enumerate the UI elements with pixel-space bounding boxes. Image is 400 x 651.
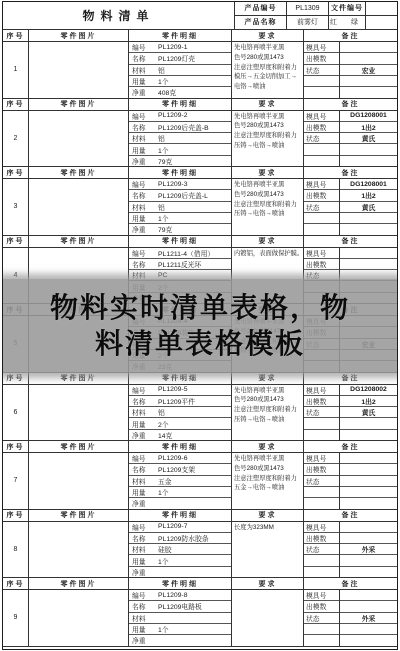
product-no-value: PL1309 — [287, 2, 329, 16]
seq-cell: 9 — [3, 590, 29, 646]
weight-label: 净重 — [129, 498, 156, 508]
req-header: 要求 — [232, 30, 304, 41]
mold-info-labels: 模具号 出模数 状态 — [304, 522, 340, 578]
block-header-row: 序号 零件图片 零件明细 要求 备注 — [3, 30, 397, 42]
weight-cell — [156, 635, 231, 645]
part-code-cell: PL1209-1 — [156, 42, 231, 52]
material-cell: 铝 — [156, 202, 231, 212]
req-header: 要求 — [232, 441, 304, 452]
material-label: 材料 — [129, 613, 156, 623]
mold-info-labels: 模具号 出模数 状态 — [304, 42, 340, 98]
block-body-row: 1 编号 PL1209-1 名称 PL1209灯壳 材料 铝 用量 1个 — [3, 42, 397, 99]
detail-column: 编号 PL1209-3 名称 PL1209后壳盖-L 材料 铝 用量 1个 净重 — [129, 179, 232, 235]
detail-header: 零件明细 — [129, 578, 232, 589]
mold-no-label: 模具号 — [304, 385, 339, 396]
info-blank-cell — [366, 16, 397, 30]
req-header: 要求 — [232, 167, 304, 178]
mold-no-label: 模具号 — [304, 522, 339, 533]
weight-cell — [156, 498, 231, 508]
cavity-value: 1出2 — [340, 122, 397, 133]
detail-header: 零件明细 — [129, 99, 232, 110]
seq-header: 序号 — [3, 99, 29, 110]
requirements-cell: 先电铬再喷半亚黑色号280或黑1473注意注塑厚度和附着力五金→电铬→喷油 — [232, 453, 304, 509]
seq-header: 序号 — [3, 510, 29, 521]
weight-cell: 408克 — [156, 87, 231, 97]
name-label: 名称 — [129, 464, 156, 474]
mold-no-label: 模具号 — [304, 42, 339, 53]
name-label: 名称 — [129, 122, 156, 132]
part-name-cell: PL1209灯壳 — [156, 53, 231, 63]
note-header: 备注 — [304, 578, 397, 589]
name-label: 名称 — [129, 259, 156, 269]
block-header-row: 序号 零件图片 零件明细 要求 备注 — [3, 578, 397, 590]
seq-cell: 6 — [3, 385, 29, 441]
req-header: 要求 — [232, 510, 304, 521]
part-name-cell: PL1209防水胶条 — [156, 533, 231, 543]
part-code-cell: PL1209-6 — [156, 453, 231, 463]
part-code-cell: PL1209-5 — [156, 385, 231, 395]
detail-column: 编号 PL1209-7 名称 PL1209防水胶条 材料 硅胶 用量 1个 净重 — [129, 522, 232, 578]
material-label: 材料 — [129, 544, 156, 554]
material-label: 材料 — [129, 65, 156, 75]
name-label: 名称 — [129, 53, 156, 63]
block-header-row: 序号 零件图片 零件明细 要求 备注 — [3, 441, 397, 453]
cavity-label: 出模数 — [304, 533, 339, 544]
note-column: DG1208002 1出2 黄氏 — [340, 385, 397, 441]
status-value — [340, 476, 397, 487]
mold-no-label: 模具号 — [304, 248, 339, 259]
status-value: 黄氏 — [340, 133, 397, 144]
name-label: 名称 — [129, 190, 156, 200]
req-header: 要求 — [232, 236, 304, 247]
name-label: 名称 — [129, 533, 156, 543]
part-name-cell: PL1209支架 — [156, 464, 231, 474]
part-block: 序号 零件图片 零件明细 要求 备注 3 编号 PL1209-3 名称 PL12… — [3, 167, 397, 236]
banner-text-line1: 物料实时清单表格，物 — [50, 290, 350, 326]
image-header: 零件图片 — [29, 510, 129, 521]
seq-header: 序号 — [3, 578, 29, 589]
part-block: 序号 零件图片 零件明细 要求 备注 8 编号 PL1209-7 名称 PL12… — [3, 510, 397, 579]
code-label: 编号 — [129, 590, 156, 600]
detail-header: 零件明细 — [129, 30, 232, 41]
status-value: 宏业 — [340, 65, 397, 76]
part-image-cell — [29, 42, 129, 98]
material-cell: 铝 — [156, 133, 231, 143]
seq-cell: 3 — [3, 179, 29, 235]
mold-no-value — [340, 248, 397, 259]
status-value: 黄氏 — [340, 202, 397, 213]
part-block: 序号 零件图片 零件明细 要求 备注 1 编号 PL1209-1 名称 PL12… — [3, 30, 397, 99]
qty-cell: 1个 — [156, 624, 231, 634]
qty-label: 用量 — [129, 555, 156, 565]
note-header: 备注 — [304, 236, 397, 247]
requirements-cell: 先电铬再喷半亚黑色号280或黑1473注意注塑厚度和附着力压铸→电铬→喷油 — [232, 385, 304, 441]
req-header: 要求 — [232, 578, 304, 589]
detail-header: 零件明细 — [129, 167, 232, 178]
weight-label: 净重 — [129, 156, 156, 166]
detail-header: 零件明细 — [129, 510, 232, 521]
note-header: 备注 — [304, 373, 397, 384]
req-header: 要求 — [232, 373, 304, 384]
cavity-value — [340, 53, 397, 64]
part-image-cell — [29, 522, 129, 578]
part-image-cell — [29, 179, 129, 235]
material-cell: 五金 — [156, 476, 231, 486]
block-body-row: 3 编号 PL1209-3 名称 PL1209后壳盖-L 材料 铝 用量 1个 — [3, 179, 397, 236]
seq-cell: 8 — [3, 522, 29, 578]
product-name-label: 产品名称 — [235, 16, 287, 30]
page-title: 物料清单 — [3, 2, 235, 29]
product-name-value: 前雾灯 — [287, 16, 329, 30]
mold-no-value — [340, 42, 397, 53]
weight-label: 净重 — [129, 567, 156, 577]
mold-no-value — [340, 453, 397, 464]
mold-no-label: 模具号 — [304, 179, 339, 190]
code-label: 编号 — [129, 179, 156, 189]
weight-label: 净重 — [129, 430, 156, 440]
detail-column: 编号 PL1209-2 名称 PL1209后壳盖-B 材料 铝 用量 1个 净重 — [129, 111, 232, 167]
note-header: 备注 — [304, 510, 397, 521]
part-block: 序号 零件图片 零件明细 要求 备注 2 编号 PL1209-2 名称 PL12… — [3, 99, 397, 168]
code-label: 编号 — [129, 385, 156, 395]
requirements-cell: 先电铬再喷半亚黑色号280或黑1473注意注塑厚度和附着力压铸→电铬→喷油 — [232, 111, 304, 167]
material-label: 材料 — [129, 133, 156, 143]
status-label: 状态 — [304, 544, 339, 555]
part-code-cell: PL1209-2 — [156, 111, 231, 121]
weight-cell: 79克 — [156, 156, 231, 166]
note-header: 备注 — [304, 167, 397, 178]
material-label: 材料 — [129, 476, 156, 486]
version-value: 红 绿 — [329, 16, 366, 30]
material-cell: 铝 — [156, 65, 231, 75]
block-header-row: 序号 零件图片 零件明细 要求 备注 — [3, 236, 397, 248]
status-label: 状态 — [304, 65, 339, 76]
part-image-cell — [29, 385, 129, 441]
qty-cell: 1个 — [156, 144, 231, 154]
cavity-value — [340, 464, 397, 475]
title-bar: 物料清单 产品编号 PL1309 文件编号 产品名称 前雾灯 红 绿 — [3, 2, 397, 30]
block-header-row: 序号 零件图片 零件明细 要求 备注 — [3, 373, 397, 385]
qty-label: 用量 — [129, 418, 156, 428]
cavity-value: 1出2 — [340, 190, 397, 201]
block-header-row: 序号 零件图片 零件明细 要求 备注 — [3, 99, 397, 111]
name-label: 名称 — [129, 396, 156, 406]
detail-column: 编号 PL1209-1 名称 PL1209灯壳 材料 铝 用量 1个 净重 — [129, 42, 232, 98]
part-image-cell — [29, 590, 129, 646]
bom-sheet: 物料清单 产品编号 PL1309 文件编号 产品名称 前雾灯 红 绿 序号 零件… — [2, 1, 398, 650]
mold-no-value — [340, 590, 397, 601]
mold-no-value — [340, 522, 397, 533]
detail-header: 零件明细 — [129, 441, 232, 452]
mold-info-labels: 模具号 出模数 状态 — [304, 453, 340, 509]
qty-label: 用量 — [129, 487, 156, 497]
weight-cell: 14克 — [156, 430, 231, 440]
part-block: 序号 零件图片 零件明细 要求 备注 6 编号 PL1209-5 名称 PL12… — [3, 373, 397, 442]
mold-no-label: 模具号 — [304, 453, 339, 464]
part-code-cell: PL1209-7 — [156, 522, 231, 532]
image-header: 零件图片 — [29, 236, 129, 247]
block-body-row: 2 编号 PL1209-2 名称 PL1209后壳盖-B 材料 铝 用量 1个 — [3, 111, 397, 168]
status-label: 状态 — [304, 202, 339, 213]
mold-info-labels: 模具号 出模数 状态 — [304, 179, 340, 235]
material-label: 材料 — [129, 407, 156, 417]
watermark-banner: 物料实时清单表格，物 料清单表格模板 — [3, 279, 397, 373]
seq-cell: 7 — [3, 453, 29, 509]
qty-cell: 1个 — [156, 487, 231, 497]
code-label: 编号 — [129, 42, 156, 52]
cavity-label: 出模数 — [304, 122, 339, 133]
detail-header: 零件明细 — [129, 373, 232, 384]
seq-header: 序号 — [3, 236, 29, 247]
note-header: 备注 — [304, 30, 397, 41]
doc-no-value — [366, 2, 397, 16]
code-label: 编号 — [129, 248, 156, 258]
qty-cell: 2个 — [156, 418, 231, 428]
status-label: 状态 — [304, 476, 339, 487]
qty-label: 用量 — [129, 213, 156, 223]
cavity-label: 出模数 — [304, 601, 339, 612]
qty-cell: 1个 — [156, 213, 231, 223]
status-value: 外采 — [340, 613, 397, 624]
part-name-cell: PL1209电路板 — [156, 601, 231, 611]
cavity-label: 出模数 — [304, 53, 339, 64]
requirements-cell: 先电铬再喷半亚黑色号280或黑1473注意注塑厚度和附着力模压→五金切削加工→电… — [232, 42, 304, 98]
status-label: 状态 — [304, 407, 339, 418]
weight-cell — [156, 567, 231, 577]
req-header: 要求 — [232, 99, 304, 110]
part-name-cell: PL1211反光环 — [156, 259, 231, 269]
detail-column: 编号 PL1209-6 名称 PL1209支架 材料 五金 用量 1个 净重 — [129, 453, 232, 509]
seq-header: 序号 — [3, 441, 29, 452]
seq-header: 序号 — [3, 167, 29, 178]
image-header: 零件图片 — [29, 99, 129, 110]
weight-label: 净重 — [129, 224, 156, 234]
status-label: 状态 — [304, 133, 339, 144]
qty-label: 用量 — [129, 76, 156, 86]
mold-info-labels: 模具号 出模数 状态 — [304, 385, 340, 441]
material-cell — [156, 613, 231, 623]
part-image-cell — [29, 453, 129, 509]
qty-label: 用量 — [129, 144, 156, 154]
detail-column: 编号 PL1209-5 名称 PL1209平件 材料 铝 用量 2个 净重 — [129, 385, 232, 441]
image-header: 零件图片 — [29, 373, 129, 384]
cavity-value: 1出2 — [340, 396, 397, 407]
cavity-value — [340, 533, 397, 544]
note-column: 外采 — [340, 590, 397, 646]
seq-header: 序号 — [3, 373, 29, 384]
material-cell: 铝 — [156, 407, 231, 417]
mold-no-label: 模具号 — [304, 590, 339, 601]
detail-header: 零件明细 — [129, 236, 232, 247]
detail-column: 编号 PL1209-8 名称 PL1209电路板 材料 用量 1个 净重 — [129, 590, 232, 646]
part-block: 序号 零件图片 零件明细 要求 备注 7 编号 PL1209-6 名称 PL12… — [3, 441, 397, 510]
part-code-cell: PL1209-8 — [156, 590, 231, 600]
requirements-cell — [232, 590, 304, 646]
note-column: 宏业 — [340, 42, 397, 98]
weight-label: 净重 — [129, 635, 156, 645]
code-label: 编号 — [129, 111, 156, 121]
note-column: DG1208001 1出2 黄氏 — [340, 111, 397, 167]
mold-info-labels: 模具号 出模数 状态 — [304, 590, 340, 646]
qty-cell: 1个 — [156, 555, 231, 565]
code-label: 编号 — [129, 453, 156, 463]
product-info-grid: 产品编号 PL1309 文件编号 产品名称 前雾灯 红 绿 — [235, 2, 397, 29]
part-name-cell: PL1209后壳盖-L — [156, 190, 231, 200]
status-value: 黄氏 — [340, 407, 397, 418]
image-header: 零件图片 — [29, 578, 129, 589]
name-label: 名称 — [129, 601, 156, 611]
part-code-cell: PL1209-3 — [156, 179, 231, 189]
mold-info-labels: 模具号 出模数 状态 — [304, 111, 340, 167]
banner-text-line2: 料清单表格模板 — [95, 326, 305, 362]
image-header: 零件图片 — [29, 441, 129, 452]
seq-cell: 2 — [3, 111, 29, 167]
code-label: 编号 — [129, 522, 156, 532]
block-header-row: 序号 零件图片 零件明细 要求 备注 — [3, 510, 397, 522]
note-header: 备注 — [304, 99, 397, 110]
cavity-label: 出模数 — [304, 259, 339, 270]
block-body-row: 6 编号 PL1209-5 名称 PL1209平件 材料 铝 用量 2个 — [3, 385, 397, 442]
product-no-label: 产品编号 — [235, 2, 287, 16]
cavity-label: 出模数 — [304, 396, 339, 407]
doc-no-label: 文件编号 — [329, 2, 366, 16]
block-body-row: 7 编号 PL1209-6 名称 PL1209支架 材料 五金 用量 1个 — [3, 453, 397, 510]
qty-cell: 1个 — [156, 76, 231, 86]
weight-cell: 79克 — [156, 224, 231, 234]
seq-header: 序号 — [3, 30, 29, 41]
note-column: DG1208001 1出2 黄氏 — [340, 179, 397, 235]
requirements-cell: 长度为323MM — [232, 522, 304, 578]
part-name-cell: PL1209平件 — [156, 396, 231, 406]
note-column: 外采 — [340, 522, 397, 578]
weight-label: 净重 — [129, 87, 156, 97]
part-name-cell: PL1209后壳盖-B — [156, 122, 231, 132]
material-cell: 硅胶 — [156, 544, 231, 554]
mold-no-label: 模具号 — [304, 111, 339, 122]
note-header: 备注 — [304, 441, 397, 452]
note-column — [340, 453, 397, 509]
mold-no-value: DG1208002 — [340, 385, 397, 396]
block-body-row: 9 编号 PL1209-8 名称 PL1209电路板 材料 用量 1个 — [3, 590, 397, 647]
material-label: 材料 — [129, 202, 156, 212]
seq-cell: 1 — [3, 42, 29, 98]
status-value: 外采 — [340, 544, 397, 555]
image-header: 零件图片 — [29, 30, 129, 41]
part-block: 序号 零件图片 零件明细 要求 备注 9 编号 PL1209-8 名称 PL12… — [3, 578, 397, 647]
cavity-value — [340, 259, 397, 270]
part-code-cell: PL1211-4（借用） — [156, 248, 231, 258]
cavity-label: 出模数 — [304, 190, 339, 201]
cavity-label: 出模数 — [304, 464, 339, 475]
block-body-row: 8 编号 PL1209-7 名称 PL1209防水胶条 材料 硅胶 用量 1个 — [3, 522, 397, 579]
cavity-value — [340, 601, 397, 612]
requirements-cell: 先电铬再喷半亚黑色号280或黑1473注意注塑厚度和附着力压铸→电铬→喷油 — [232, 179, 304, 235]
status-label: 状态 — [304, 613, 339, 624]
mold-no-value: DG1208001 — [340, 179, 397, 190]
image-header: 零件图片 — [29, 167, 129, 178]
part-image-cell — [29, 111, 129, 167]
qty-label: 用量 — [129, 624, 156, 634]
block-header-row: 序号 零件图片 零件明细 要求 备注 — [3, 167, 397, 179]
mold-no-value: DG1208001 — [340, 111, 397, 122]
